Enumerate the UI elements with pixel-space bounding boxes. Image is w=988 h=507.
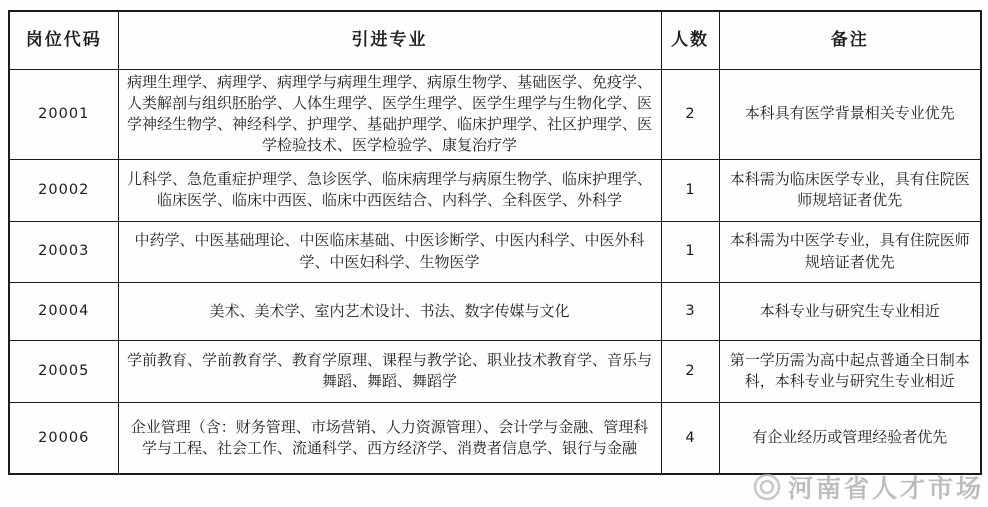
- remark-cell: 第一学历需为高中起点普通全日制本科，本科专业与研究生专业相近: [719, 340, 981, 402]
- remark-cell: 本科专业与研究生专业相近: [719, 282, 981, 340]
- table-header-row: 岗位代码 引进专业 人数 备注: [9, 11, 981, 69]
- position-code-cell: 20003: [9, 221, 118, 282]
- table-row: 20006 企业管理（含：财务管理、市场营销、人力资源管理）、会计学与金融、管理…: [9, 402, 981, 474]
- majors-cell: 病理生理学、病理学、病理学与病理生理学、病原生物学、基础医学、免疫学、人类解剖与…: [118, 69, 661, 159]
- table-row: 20005 学前教育、学前教育学、教育学原理、课程与教学论、职业技术教育学、音乐…: [9, 340, 981, 402]
- remark-cell: 有企业经历或管理经验者优先: [719, 402, 981, 474]
- headcount-cell: 2: [661, 340, 719, 402]
- watermark-logo-icon: [752, 472, 782, 502]
- position-code-cell: 20005: [9, 340, 118, 402]
- remark-cell: 本科具有医学背景相关专业优先: [719, 69, 981, 159]
- position-code-cell: 20002: [9, 159, 118, 221]
- position-code-cell: 20004: [9, 282, 118, 340]
- position-code-cell: 20006: [9, 402, 118, 474]
- majors-cell: 企业管理（含：财务管理、市场营销、人力资源管理）、会计学与金融、管理科学与工程、…: [118, 402, 661, 474]
- majors-cell: 儿科学、急危重症护理学、急诊医学、临床病理学与病原生物学、临床护理学、临床医学、…: [118, 159, 661, 221]
- headcount-cell: 1: [661, 221, 719, 282]
- header-headcount: 人数: [661, 11, 719, 69]
- header-remark: 备注: [719, 11, 981, 69]
- header-position-code: 岗位代码: [9, 11, 118, 69]
- table-row: 20004 美术、美术学、室内艺术设计、书法、数字传媒与文化 3 本科专业与研究…: [9, 282, 981, 340]
- majors-cell: 美术、美术学、室内艺术设计、书法、数字传媒与文化: [118, 282, 661, 340]
- remark-cell: 本科需为中医学专业，具有住院医师规培证者优先: [719, 221, 981, 282]
- table-row: 20001 病理生理学、病理学、病理学与病理生理学、病原生物学、基础医学、免疫学…: [9, 69, 981, 159]
- headcount-cell: 3: [661, 282, 719, 340]
- remark-cell: 本科需为临床医学专业，具有住院医师规培证者优先: [719, 159, 981, 221]
- majors-cell: 中药学、中医基础理论、中医临床基础、中医诊断学、中医内科学、中医外科学、中医妇科…: [118, 221, 661, 282]
- recruitment-table-page: 岗位代码 引进专业 人数 备注 20001 病理生理学、病理学、病理学与病理生理…: [0, 0, 988, 507]
- table-row: 20003 中药学、中医基础理论、中医临床基础、中医诊断学、中医内科学、中医外科…: [9, 221, 981, 282]
- headcount-cell: 1: [661, 159, 719, 221]
- position-majors-table: 岗位代码 引进专业 人数 备注 20001 病理生理学、病理学、病理学与病理生理…: [8, 10, 982, 475]
- headcount-cell: 4: [661, 402, 719, 474]
- position-code-cell: 20001: [9, 69, 118, 159]
- header-majors: 引进专业: [118, 11, 661, 69]
- majors-cell: 学前教育、学前教育学、教育学原理、课程与教学论、职业技术教育学、音乐与舞蹈、舞蹈…: [118, 340, 661, 402]
- headcount-cell: 2: [661, 69, 719, 159]
- table-row: 20002 儿科学、急危重症护理学、急诊医学、临床病理学与病原生物学、临床护理学…: [9, 159, 981, 221]
